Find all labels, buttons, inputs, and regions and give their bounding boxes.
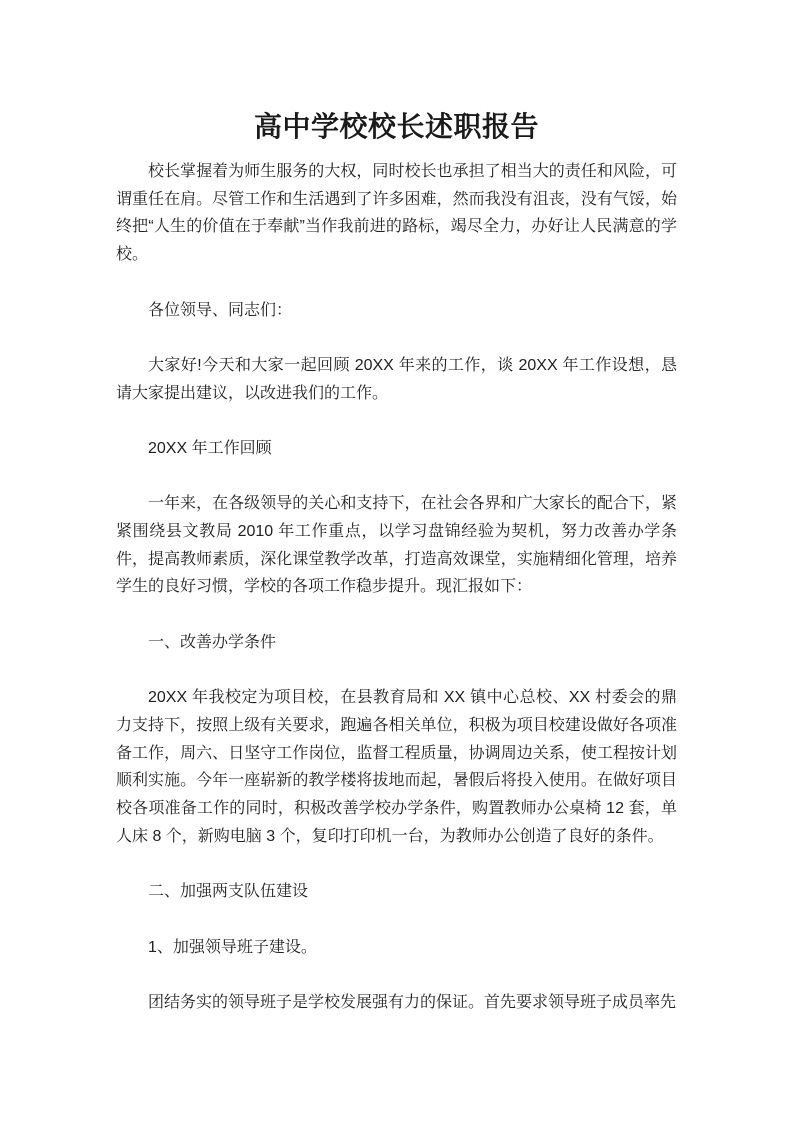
paragraph: 一年来，在各级领导的关心和支持下，在社会各界和广大家长的配合下，紧紧围绕县文教局… — [116, 490, 677, 601]
paragraph: 校长掌握着为师生服务的大权，同时校长也承担了相当大的责任和风险，可谓重任在肩。尽… — [116, 158, 677, 269]
paragraph: 大家好!今天和大家一起回顾 20XX 年来的工作，谈 20XX 年工作设想，恳请… — [116, 352, 677, 407]
paragraph: 二、加强两支队伍建设 — [116, 878, 677, 906]
paragraph: 一、改善办学条件 — [116, 629, 677, 657]
paragraph: 团结务实的领导班子是学校发展强有力的保证。首先要求领导班子成员率先 — [116, 989, 677, 1017]
paragraph: 20XX 年工作回顾 — [116, 435, 677, 463]
document-body: 校长掌握着为师生服务的大权，同时校长也承担了相当大的责任和风险，可谓重任在肩。尽… — [116, 158, 677, 1017]
document-title: 高中学校校长述职报告 — [116, 104, 677, 150]
document-page: 高中学校校长述职报告 校长掌握着为师生服务的大权，同时校长也承担了相当大的责任和… — [0, 0, 793, 1122]
paragraph: 20XX 年我校定为项目校，在县教育局和 XX 镇中心总校、XX 村委会的鼎力支… — [116, 684, 677, 850]
paragraph: 1、加强领导班子建设。 — [116, 934, 677, 962]
paragraph: 各位领导、同志们： — [116, 297, 677, 325]
